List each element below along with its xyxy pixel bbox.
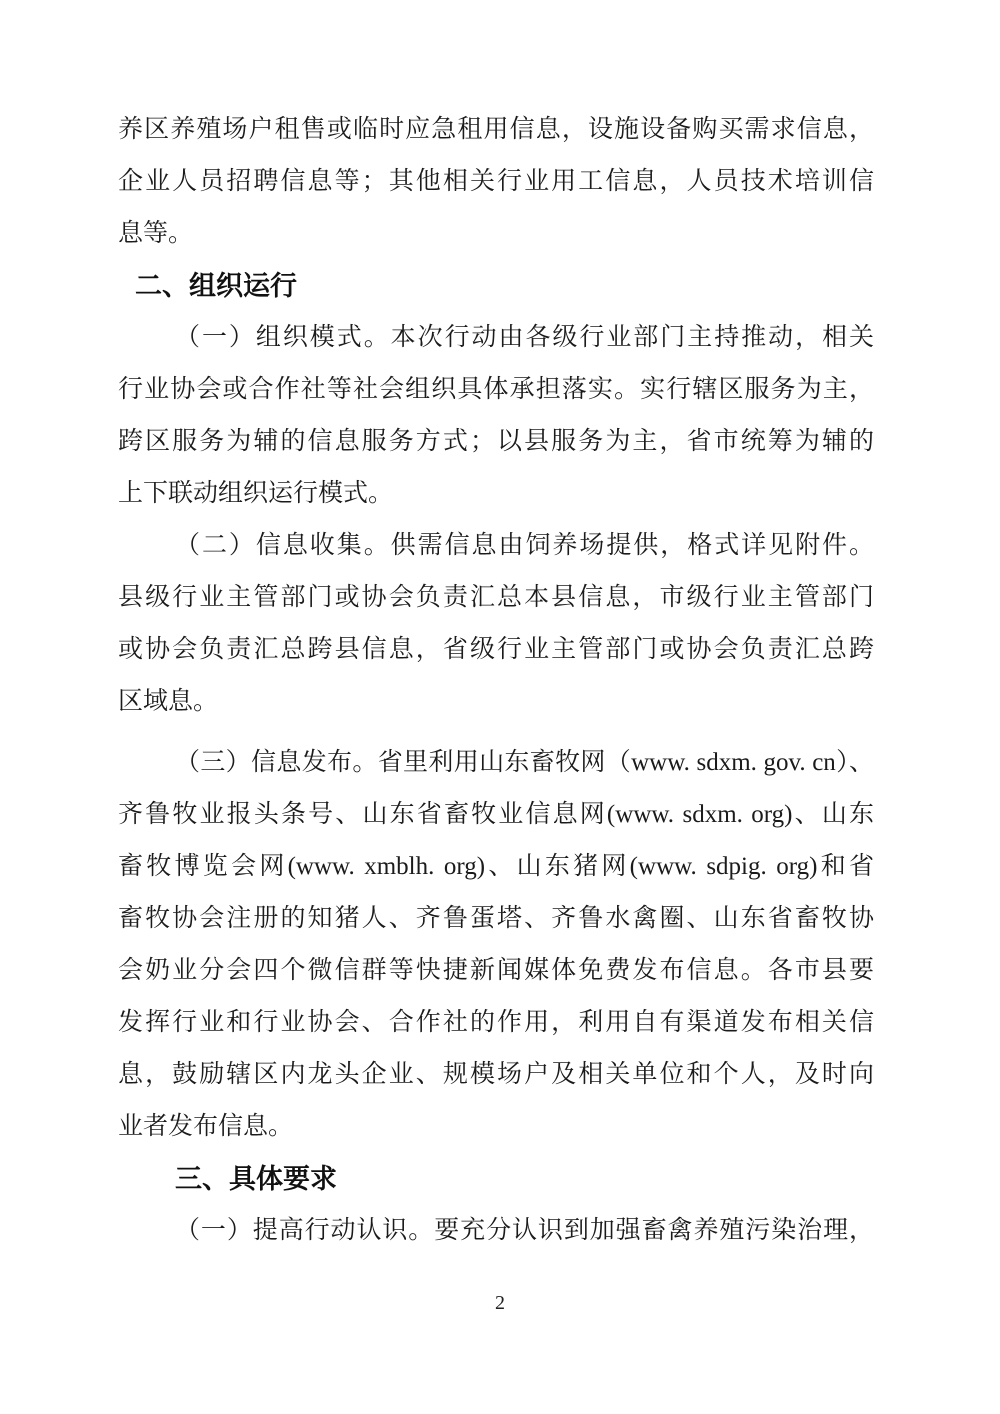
paragraph-line: 畜牧协会注册的知猪人、齐鲁蛋塔、齐鲁水禽圈、山东省畜牧协 (118, 893, 874, 945)
paragraph-line: 发挥行业和行业协会、合作社的作用，利用自有渠道发布相关信 (118, 997, 874, 1049)
document-page: 养区养殖场户租售或临时应急租用信息，设施设备购买需求信息， 企业人员招聘信息等；… (0, 0, 1000, 1414)
paragraph-line: 或协会负责汇总跨县信息，省级行业主管部门或协会负责汇总跨 (118, 624, 874, 676)
paragraph-line: 区域息。 (118, 676, 874, 728)
paragraph-line: 畜牧博览会网(www. xmblh. org)、山东猪网(www. sdpig.… (118, 841, 874, 893)
paragraph-line: （三）信息发布。省里利用山东畜牧网（www. sdxm. gov. cn）、 (118, 737, 874, 789)
paragraph-line: 会奶业分会四个微信群等快捷新闻媒体免费发布信息。各市县要 (118, 945, 874, 997)
paragraph-line: 县级行业主管部门或协会负责汇总本县信息，市级行业主管部门 (118, 572, 874, 624)
paragraph-line: （二）信息收集。供需信息由饲养场提供，格式详见附件。 (118, 520, 874, 572)
section-heading-2: 二、组织运行 (118, 260, 874, 312)
paragraph-line: 业者发布信息。 (118, 1101, 874, 1153)
paragraph-line: 上下联动组织运行模式。 (118, 468, 874, 520)
paragraph-line: 息，鼓励辖区内龙头企业、规模场户及相关单位和个人，及时向 (118, 1049, 874, 1101)
section-heading-3: 三、具体要求 (118, 1153, 874, 1205)
paragraph-line: 养区养殖场户租售或临时应急租用信息，设施设备购买需求信息， (118, 104, 874, 156)
page-number: 2 (0, 1292, 1000, 1315)
document-body: 养区养殖场户租售或临时应急租用信息，设施设备购买需求信息， 企业人员招聘信息等；… (118, 104, 874, 1257)
paragraph-line: 跨区服务为辅的信息服务方式；以县服务为主，省市统筹为辅的 (118, 416, 874, 468)
paragraph-line: （一）提高行动认识。要充分认识到加强畜禽养殖污染治理， (118, 1205, 874, 1257)
paragraph-line: 齐鲁牧业报头条号、山东省畜牧业信息网(www. sdxm. org)、山东 (118, 789, 874, 841)
paragraph-line: （一）组织模式。本次行动由各级行业部门主持推动，相关 (118, 312, 874, 364)
paragraph-line: 企业人员招聘信息等；其他相关行业用工信息，人员技术培训信 (118, 156, 874, 208)
paragraph-line: 行业协会或合作社等社会组织具体承担落实。实行辖区服务为主， (118, 364, 874, 416)
paragraph-line: 息等。 (118, 208, 874, 260)
